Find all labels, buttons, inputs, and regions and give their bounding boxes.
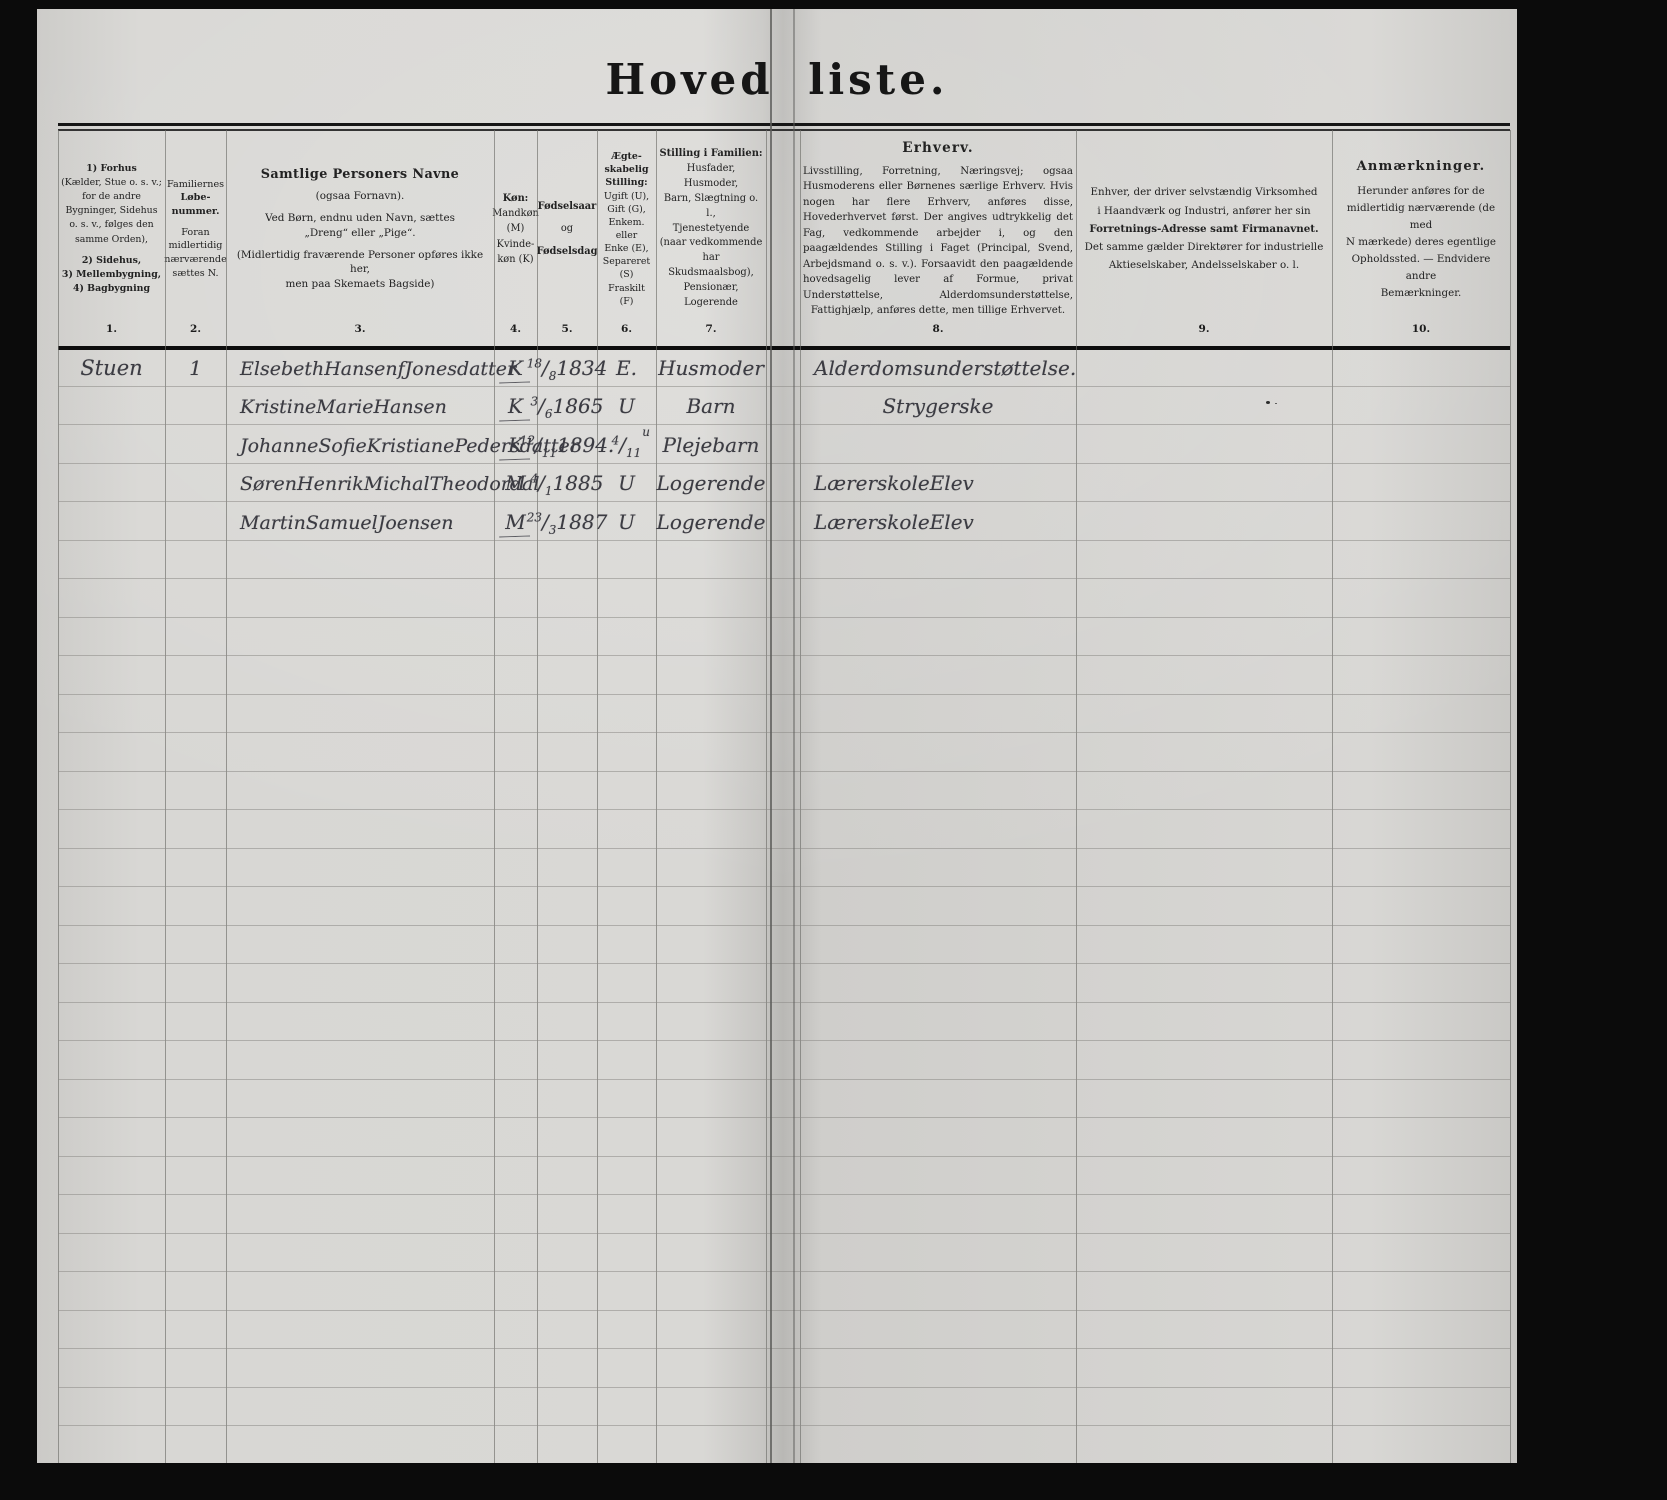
header-text: (ogsaa Fornavn). [316,189,405,204]
column-number: 2. [165,323,226,335]
row-line [58,925,1510,926]
column-line [597,130,598,1463]
column-line [800,130,801,1463]
row-5-foedsel: 23/3 1887 [537,501,597,540]
row-line [58,1079,1510,1080]
header-text: Husfader, Husmoder, [659,162,763,192]
header-text: har Skudsmaalsbog), [659,251,763,281]
row-line [58,963,1510,964]
column-header-6: Ægte-skabeligStilling:Ugift (U),Gift (G)… [597,132,656,340]
header-text: Bemærkninger. [1381,285,1462,302]
row-line [58,1194,1510,1195]
header-text: Kvinde- [497,237,535,252]
row-1-forhus: Stuen [58,347,165,386]
row-3-foedsel: 12/11 1894. [537,424,597,463]
header-text: Ugift (U), [604,190,649,203]
column-number: 1. [58,323,165,335]
row-line [58,694,1510,695]
header-text: Fraskilt (F) [600,282,653,308]
row-2-aegteskab: U [597,386,656,425]
header-text: nærværende [164,253,226,267]
column-header-2: FamiliernesLøbe-nummer.Foranmidlertidign… [165,132,226,340]
header-text: 2) Sidehus, [82,254,141,268]
column-number: 3. [226,323,494,335]
row-line [58,886,1510,887]
header-text: (M) [507,221,525,236]
row-line [58,1233,1510,1234]
row-5-navn: Martin Samuel Joensen [226,501,494,540]
column-header-7: Stilling i Familien:Husfader, Husmoder,B… [656,132,766,340]
header-text: i Haandværk og Industri, anfører her sin [1097,202,1310,220]
row-1-stilling: Husmoder [656,347,766,386]
column-line [766,130,767,1463]
header-text: Enke (E), [604,242,648,255]
header-text: Fødselsaar [538,199,597,214]
header-text: N mærkede) deres egentlige [1346,234,1496,251]
header-text: „Dreng“ eller „Pige“. [304,226,415,241]
header-text: (Midlertidig fraværende Personer opføres… [229,248,491,278]
column-number: 9. [1076,323,1332,335]
row-5-erhverv: Lærerskole Elev [800,501,1076,540]
row-4-erhverv: Lærerskole Elev [800,463,1076,502]
column-line [165,130,166,1463]
row-line [58,1002,1510,1003]
header-text: Fødselsdag [537,244,598,259]
header-text: Pensionær, Logerende [659,281,763,311]
column-header-4: Køn:Mandkøn(M)Kvinde-køn (K)4. [494,132,537,340]
row-line [58,809,1510,810]
header-text: Foran [181,226,209,240]
column-line [494,130,495,1463]
row-line [58,771,1510,772]
row-line [58,655,1510,656]
header-text: Køn: [503,191,529,206]
header-text: Livsstilling, Forretning, Næringsvej; og… [803,164,1073,319]
header-text: 1) Forhus [86,162,136,176]
header-text: Forretnings-Adresse samt Firmanavnet. [1089,220,1318,238]
column-header-3: Samtlige Personers Navne(ogsaa Fornavn).… [226,132,494,340]
row-2-erhverv: Strygerske [800,386,1076,425]
header-text: Familiernes [167,178,224,192]
column-number: 8. [800,323,1076,335]
header-text: skabelig [604,163,648,176]
header-text: Anmærkninger. [1357,156,1486,178]
header-text: Mandkøn [492,206,539,221]
column-line [58,130,59,1463]
column-line [1076,130,1077,1463]
header-text: og [561,221,573,236]
row-1-navn: Elsebeth Hansen f Jonesdatter [226,347,494,386]
header-text: 3) Mellembygning, [62,268,161,282]
column-line [1332,130,1333,1463]
column-header-9: Enhver, der driver selvstændig Virksomhe… [1076,132,1332,340]
header-text: men paa Skemaets Bagside) [286,277,435,292]
header-text: Det samme gælder Direktører for industri… [1085,238,1324,256]
header-text: Enhver, der driver selvstændig Virksomhe… [1090,183,1317,201]
row-1-erhverv: Alderdomsunderstøttelse. [800,347,1076,386]
row-line [58,617,1510,618]
row-1-foedsel: 18/8 1834 [537,347,597,386]
header-text: Ved Børn, endnu uden Navn, sættes [265,211,455,226]
marital-note: u [642,425,650,439]
page-title: Hoved liste. [37,55,1517,104]
scanned-census-sheet: Hoved liste. 1) Forhus(Kælder, Stue o. s… [0,0,1667,1500]
row-line [58,1387,1510,1388]
row-2-stilling: Barn [656,386,766,425]
column-number: 4. [494,323,537,335]
row-5-aegteskab: U [597,501,656,540]
row-line [58,1156,1510,1157]
header-text: Stilling i Familien: [659,147,762,162]
header-text: midlertidig nærværende (de med [1335,200,1507,234]
column-line [226,130,227,1463]
header-text: Separeret [603,255,650,268]
page-fold-line-right [793,9,795,1463]
header-text: Enkem. eller [600,216,653,242]
header-text: Samtlige Personers Navne [261,166,459,184]
column-line [1510,130,1511,1463]
title-divider-thin [58,129,1510,131]
title-divider-thick [58,123,1510,126]
header-text: nummer. [172,205,220,219]
row-2-navn: Kristine Marie Hansen [226,386,494,425]
ink-speck [1266,401,1270,404]
header-text: 4) Bagbygning [73,282,150,296]
row-line [58,1425,1510,1426]
header-text: midlertidig [169,239,223,253]
row-line [58,1271,1510,1272]
row-line [58,1040,1510,1041]
header-text: (naar vedkommende [660,236,763,251]
header-text: (S) [620,268,634,281]
header-text: sættes N. [172,267,218,281]
column-header-8: Erhverv.Livsstilling, Forretning, Næring… [800,132,1076,340]
column-number: 7. [656,323,766,335]
header-text: Herunder anføres for de [1357,183,1484,200]
row-line [58,848,1510,849]
row-line [58,1117,1510,1118]
census-form-page: Hoved liste. 1) Forhus(Kælder, Stue o. s… [37,9,1517,1463]
row-3-navn: Johanne Sofie Kristiane Pedersdatter [226,424,494,463]
row-1-nr: 1 [165,347,226,386]
header-text: Gift (G), [607,203,646,216]
page-fold-line-left [770,9,772,1463]
row-4-stilling: Logerende [656,463,766,502]
row-line [58,732,1510,733]
row-2-foedsel: 3/6 1865 [537,386,597,425]
header-text: (Kælder, Stue o. s. v.; for de andre Byg… [61,176,162,247]
column-header-1: 1) Forhus(Kælder, Stue o. s. v.; for de … [58,132,165,340]
row-1-aegteskab: E. [597,347,656,386]
column-number: 10. [1332,323,1510,335]
header-text: Tjenestetyende [673,222,750,237]
header-text: Løbe- [181,191,211,205]
header-text: Ægte- [611,150,641,163]
column-header-10: Anmærkninger.Herunder anføres for demidl… [1332,132,1510,340]
header-text: Opholdssted. — Endvidere andre [1335,251,1507,285]
header-text: Erhverv. [902,139,974,158]
column-header-5: FødselsaarogFødselsdag5. [537,132,597,340]
row-5-stilling: Logerende [656,501,766,540]
row-line [58,1348,1510,1349]
row-line [58,1310,1510,1311]
column-line [656,130,657,1463]
header-text: køn (K) [497,252,533,267]
header-text: Barn, Slægtning o. l., [659,192,763,222]
column-number: 5. [537,323,597,335]
column-line [537,130,538,1463]
header-text: Stilling: [605,176,647,189]
header-text: Aktieselskaber, Andelsselskaber o. l. [1109,256,1299,274]
row-4-aegteskab: U [597,463,656,502]
row-3-aegteskab: 4/11u [597,424,656,463]
row-3-stilling: Plejebarn [656,424,766,463]
row-4-foedsel: 4/1 1885 [537,463,597,502]
row-line [58,540,1510,541]
column-number: 6. [597,323,656,335]
row-4-navn: Søren Henrik Michal Theodordal [226,463,494,502]
row-line [58,578,1510,579]
